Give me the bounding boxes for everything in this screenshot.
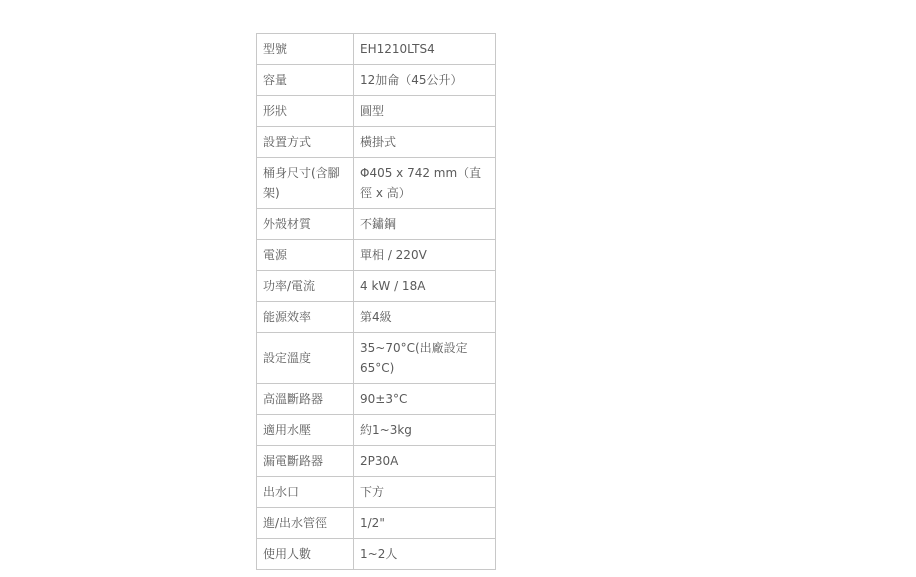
- spec-label: 出水口: [257, 477, 354, 508]
- table-row: 外殼材質 不鏽鋼: [257, 209, 496, 240]
- spec-value: 12加侖（45公升）: [354, 65, 496, 96]
- spec-value: 90±3°C: [354, 384, 496, 415]
- spec-label: 容量: [257, 65, 354, 96]
- table-row: 容量 12加侖（45公升）: [257, 65, 496, 96]
- spec-value: 下方: [354, 477, 496, 508]
- spec-label: 適用水壓: [257, 415, 354, 446]
- spec-label: 能源效率: [257, 302, 354, 333]
- table-row: 出水口 下方: [257, 477, 496, 508]
- spec-label: 設置方式: [257, 127, 354, 158]
- spec-value: 2P30A: [354, 446, 496, 477]
- spec-value: 1/2": [354, 508, 496, 539]
- table-row: 能源效率 第4級: [257, 302, 496, 333]
- spec-label: 形狀: [257, 96, 354, 127]
- spec-value: 約1~3kg: [354, 415, 496, 446]
- spec-label: 設定溫度: [257, 333, 354, 384]
- spec-label: 高溫斷路器: [257, 384, 354, 415]
- spec-label: 進/出水管徑: [257, 508, 354, 539]
- spec-label: 電源: [257, 240, 354, 271]
- spec-label: 桶身尺寸(含腳架): [257, 158, 354, 209]
- spec-value: EH1210LTS4: [354, 34, 496, 65]
- spec-value: Φ405 x 742 mm（直徑 x 高）: [354, 158, 496, 209]
- spec-table: 型號 EH1210LTS4 容量 12加侖（45公升） 形狀 圓型 設置方式 橫…: [256, 33, 496, 570]
- table-row: 電源 單相 / 220V: [257, 240, 496, 271]
- spec-label: 使用人數: [257, 539, 354, 570]
- spec-value: 第4級: [354, 302, 496, 333]
- table-row: 設置方式 橫掛式: [257, 127, 496, 158]
- table-row: 形狀 圓型: [257, 96, 496, 127]
- spec-label: 功率/電流: [257, 271, 354, 302]
- table-row: 功率/電流 4 kW / 18A: [257, 271, 496, 302]
- table-row: 使用人數 1~2人: [257, 539, 496, 570]
- spec-value: 1~2人: [354, 539, 496, 570]
- spec-value: 圓型: [354, 96, 496, 127]
- spec-value: 不鏽鋼: [354, 209, 496, 240]
- spec-label: 漏電斷路器: [257, 446, 354, 477]
- table-row: 桶身尺寸(含腳架) Φ405 x 742 mm（直徑 x 高）: [257, 158, 496, 209]
- table-row: 適用水壓 約1~3kg: [257, 415, 496, 446]
- spec-label: 外殼材質: [257, 209, 354, 240]
- spec-value: 橫掛式: [354, 127, 496, 158]
- table-row: 高溫斷路器 90±3°C: [257, 384, 496, 415]
- table-row: 設定溫度 35~70°C(出廠設定65°C): [257, 333, 496, 384]
- table-row: 進/出水管徑 1/2": [257, 508, 496, 539]
- spec-value: 4 kW / 18A: [354, 271, 496, 302]
- spec-label: 型號: [257, 34, 354, 65]
- table-row: 型號 EH1210LTS4: [257, 34, 496, 65]
- table-row: 漏電斷路器 2P30A: [257, 446, 496, 477]
- spec-value: 單相 / 220V: [354, 240, 496, 271]
- spec-value: 35~70°C(出廠設定65°C): [354, 333, 496, 384]
